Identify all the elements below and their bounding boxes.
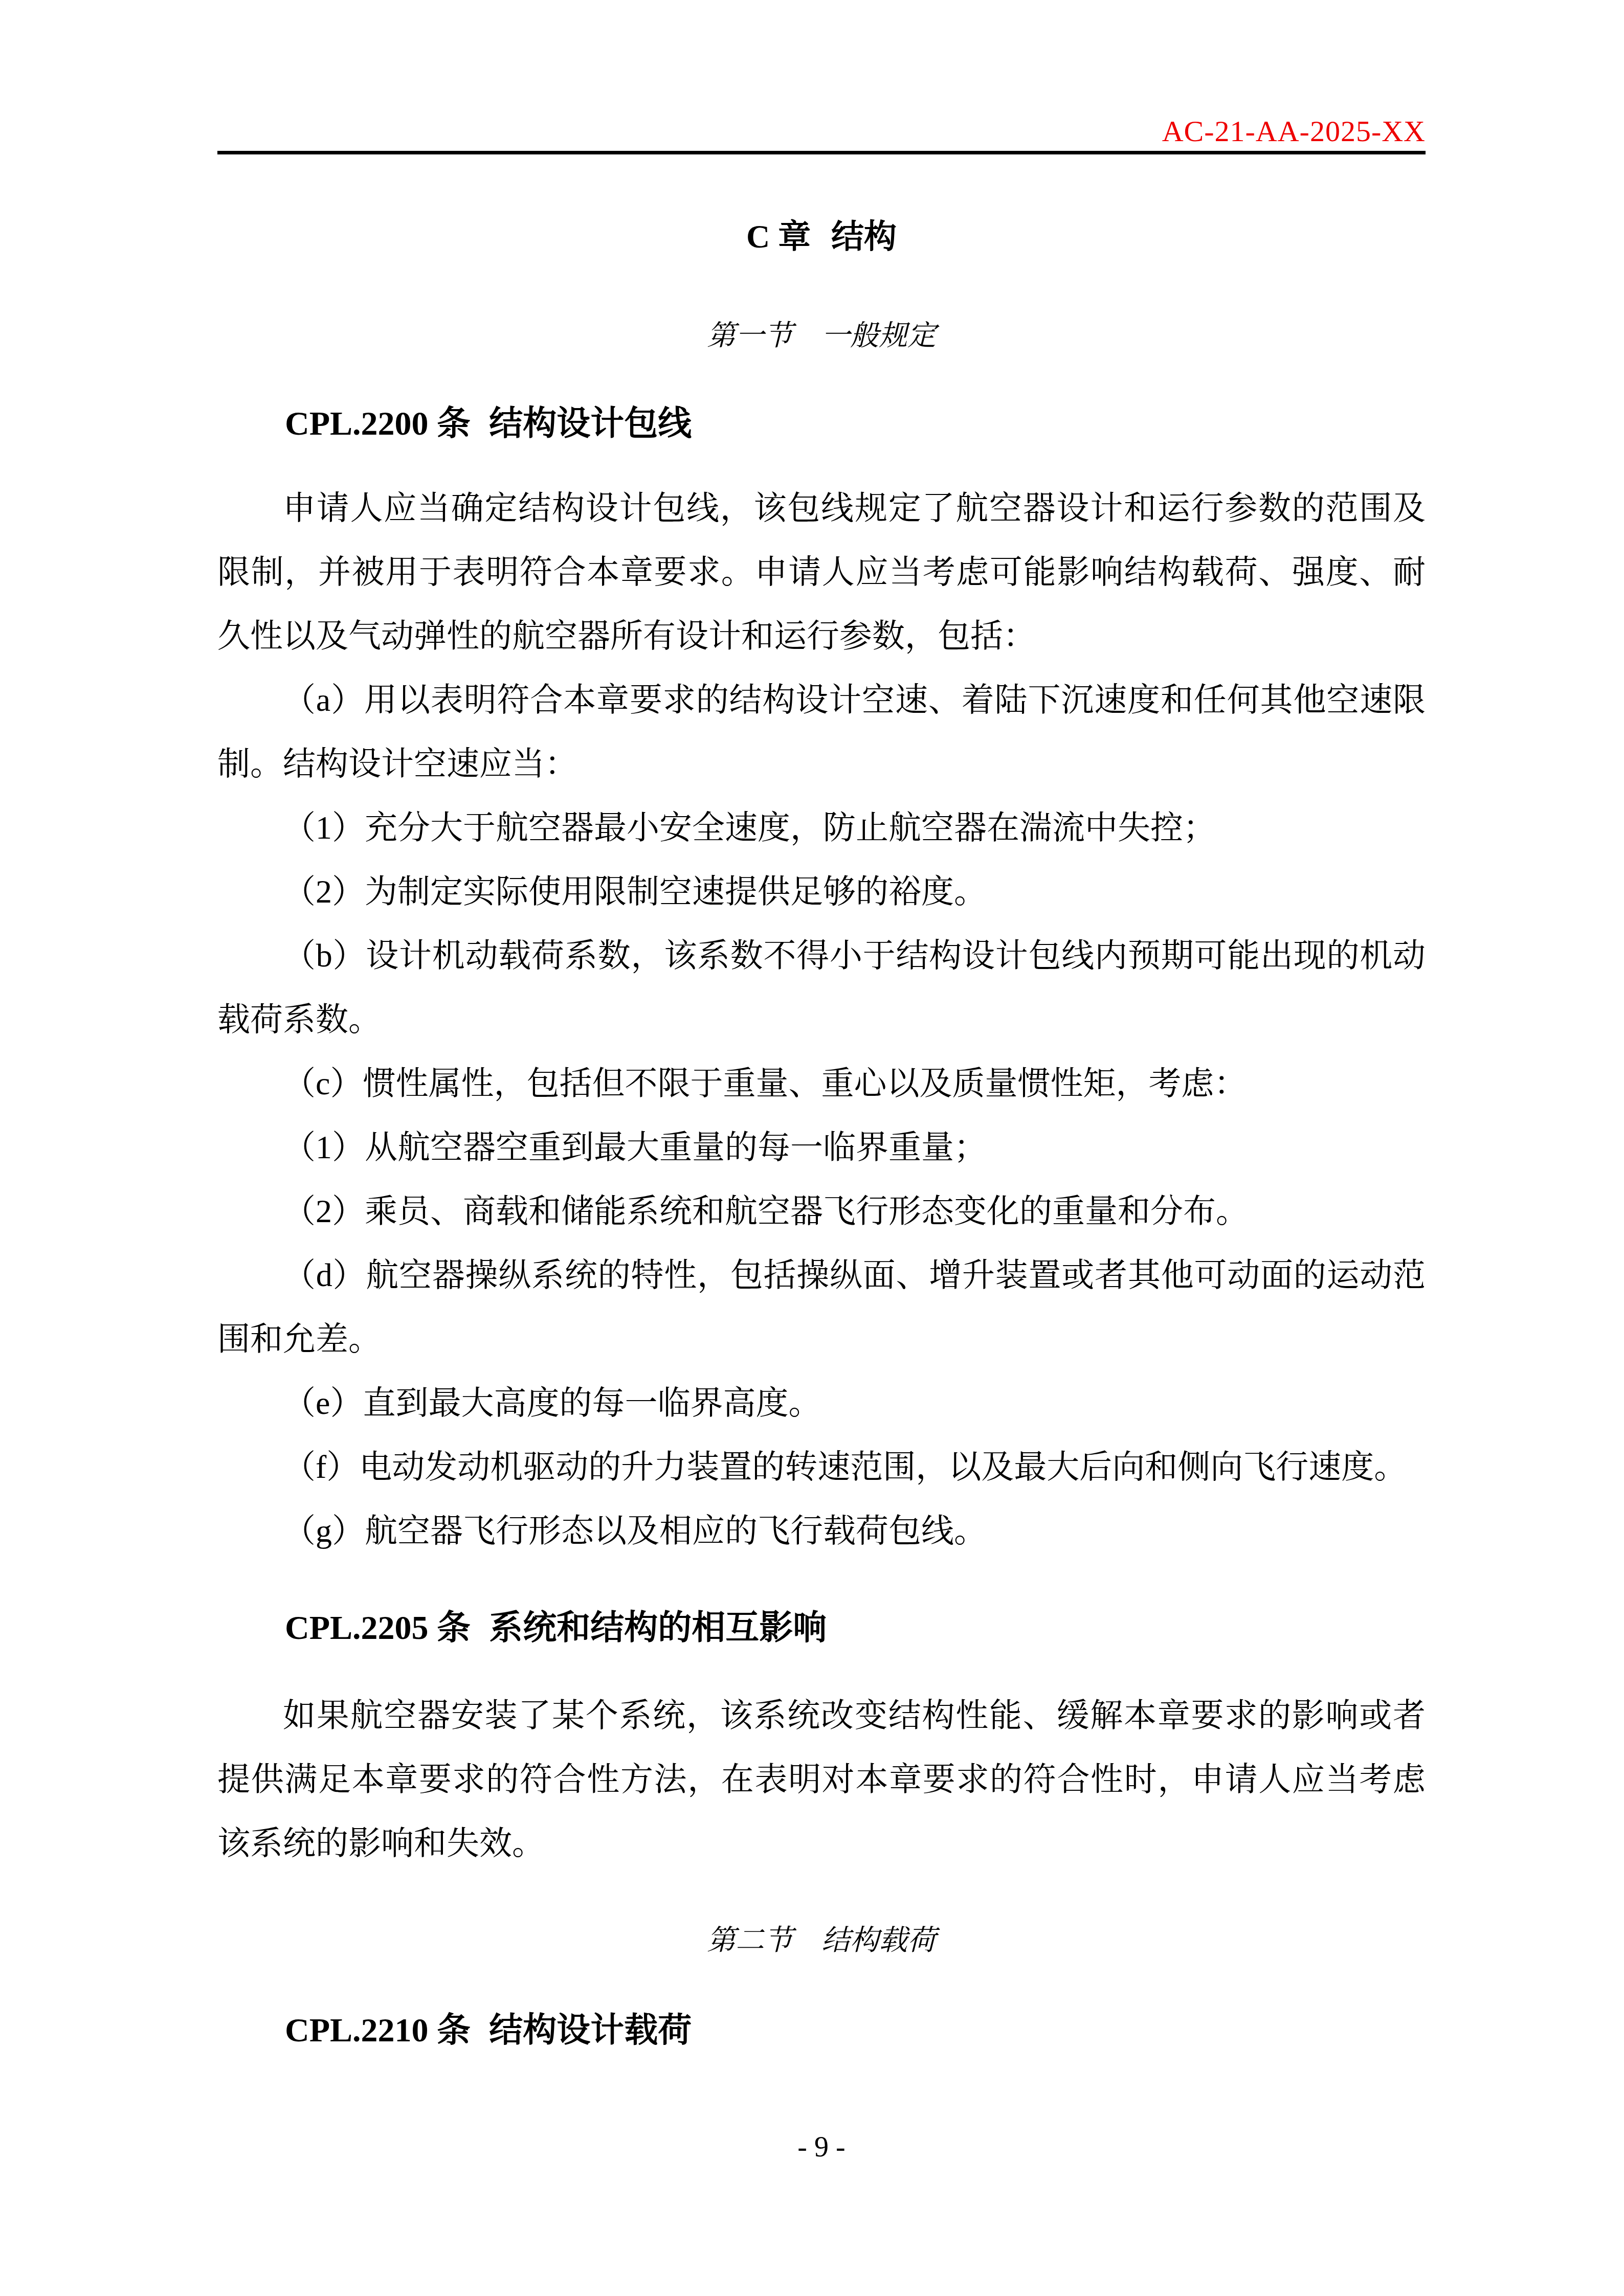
article-heading-cpl2210: CPL.2210 条结构设计载荷	[217, 2010, 1426, 2050]
body-paragraph: 如果航空器安装了某个系统，该系统改变结构性能、缓解本章要求的影响或者提供满足本章…	[217, 1683, 1426, 1875]
document-page: AC-21-AA-2025-XX C 章结构 第一节 一般规定 CPL.2200…	[0, 0, 1624, 2296]
body-paragraph-item-a2: （2）为制定实际使用限制空速提供足够的裕度。	[217, 860, 1426, 924]
article-title: 结构设计载荷	[489, 2011, 692, 2049]
chapter-name: 结构	[831, 218, 897, 255]
body-paragraph-item-b: （b）设计机动载荷系数，该系数不得小于结构设计包线内预期可能出现的机动载荷系数。	[217, 924, 1426, 1051]
section-title-general: 第一节 一般规定	[217, 320, 1426, 352]
page-number: - 9 -	[217, 2131, 1426, 2164]
chapter-label: C 章	[746, 218, 811, 255]
body-paragraph-item-g: （g）航空器飞行形态以及相应的飞行载荷包线。	[217, 1499, 1426, 1563]
article-title: 系统和结构的相互影响	[489, 1608, 827, 1646]
page-footer: - 9 -	[217, 2131, 1426, 2164]
body-paragraph-item-d: （d）航空器操纵系统的特性，包括操纵面、增升装置或者其他可动面的运动范围和允差。	[217, 1243, 1426, 1371]
article-heading-cpl2200: CPL.2200 条结构设计包线	[217, 403, 1426, 443]
article-number: CPL.2210 条	[285, 2012, 471, 2049]
body-paragraph-item-a: （a）用以表明符合本章要求的结构设计空速、着陆下沉速度和任何其他空速限制。结构设…	[217, 668, 1426, 796]
article-heading-cpl2205: CPL.2205 条系统和结构的相互影响	[217, 1608, 1426, 1648]
section-title-structural-loads: 第二节 结构载荷	[217, 1924, 1426, 1957]
chapter-title: C 章结构	[217, 218, 1426, 255]
page-header: AC-21-AA-2025-XX	[217, 117, 1426, 154]
article-number: CPL.2205 条	[285, 1609, 471, 1647]
header-rule	[217, 151, 1426, 154]
body-paragraph-item-c: （c）惯性属性，包括但不限于重量、重心以及质量惯性矩，考虑：	[217, 1051, 1426, 1115]
body-paragraph-item-e: （e）直到最大高度的每一临界高度。	[217, 1371, 1426, 1435]
doc-number: AC-21-AA-2025-XX	[217, 117, 1426, 146]
body-paragraph-item-c1: （1）从航空器空重到最大重量的每一临界重量；	[217, 1115, 1426, 1179]
article-number: CPL.2200 条	[285, 405, 471, 442]
body-paragraph: 申请人应当确定结构设计包线，该包线规定了航空器设计和运行参数的范围及限制，并被用…	[217, 476, 1426, 668]
article-title: 结构设计包线	[489, 404, 692, 442]
body-paragraph-item-f: （f）电动发动机驱动的升力装置的转速范围，以及最大后向和侧向飞行速度。	[217, 1435, 1426, 1499]
body-paragraph-item-c2: （2）乘员、商载和储能系统和航空器飞行形态变化的重量和分布。	[217, 1179, 1426, 1243]
body-paragraph-item-a1: （1）充分大于航空器最小安全速度，防止航空器在湍流中失控；	[217, 796, 1426, 860]
